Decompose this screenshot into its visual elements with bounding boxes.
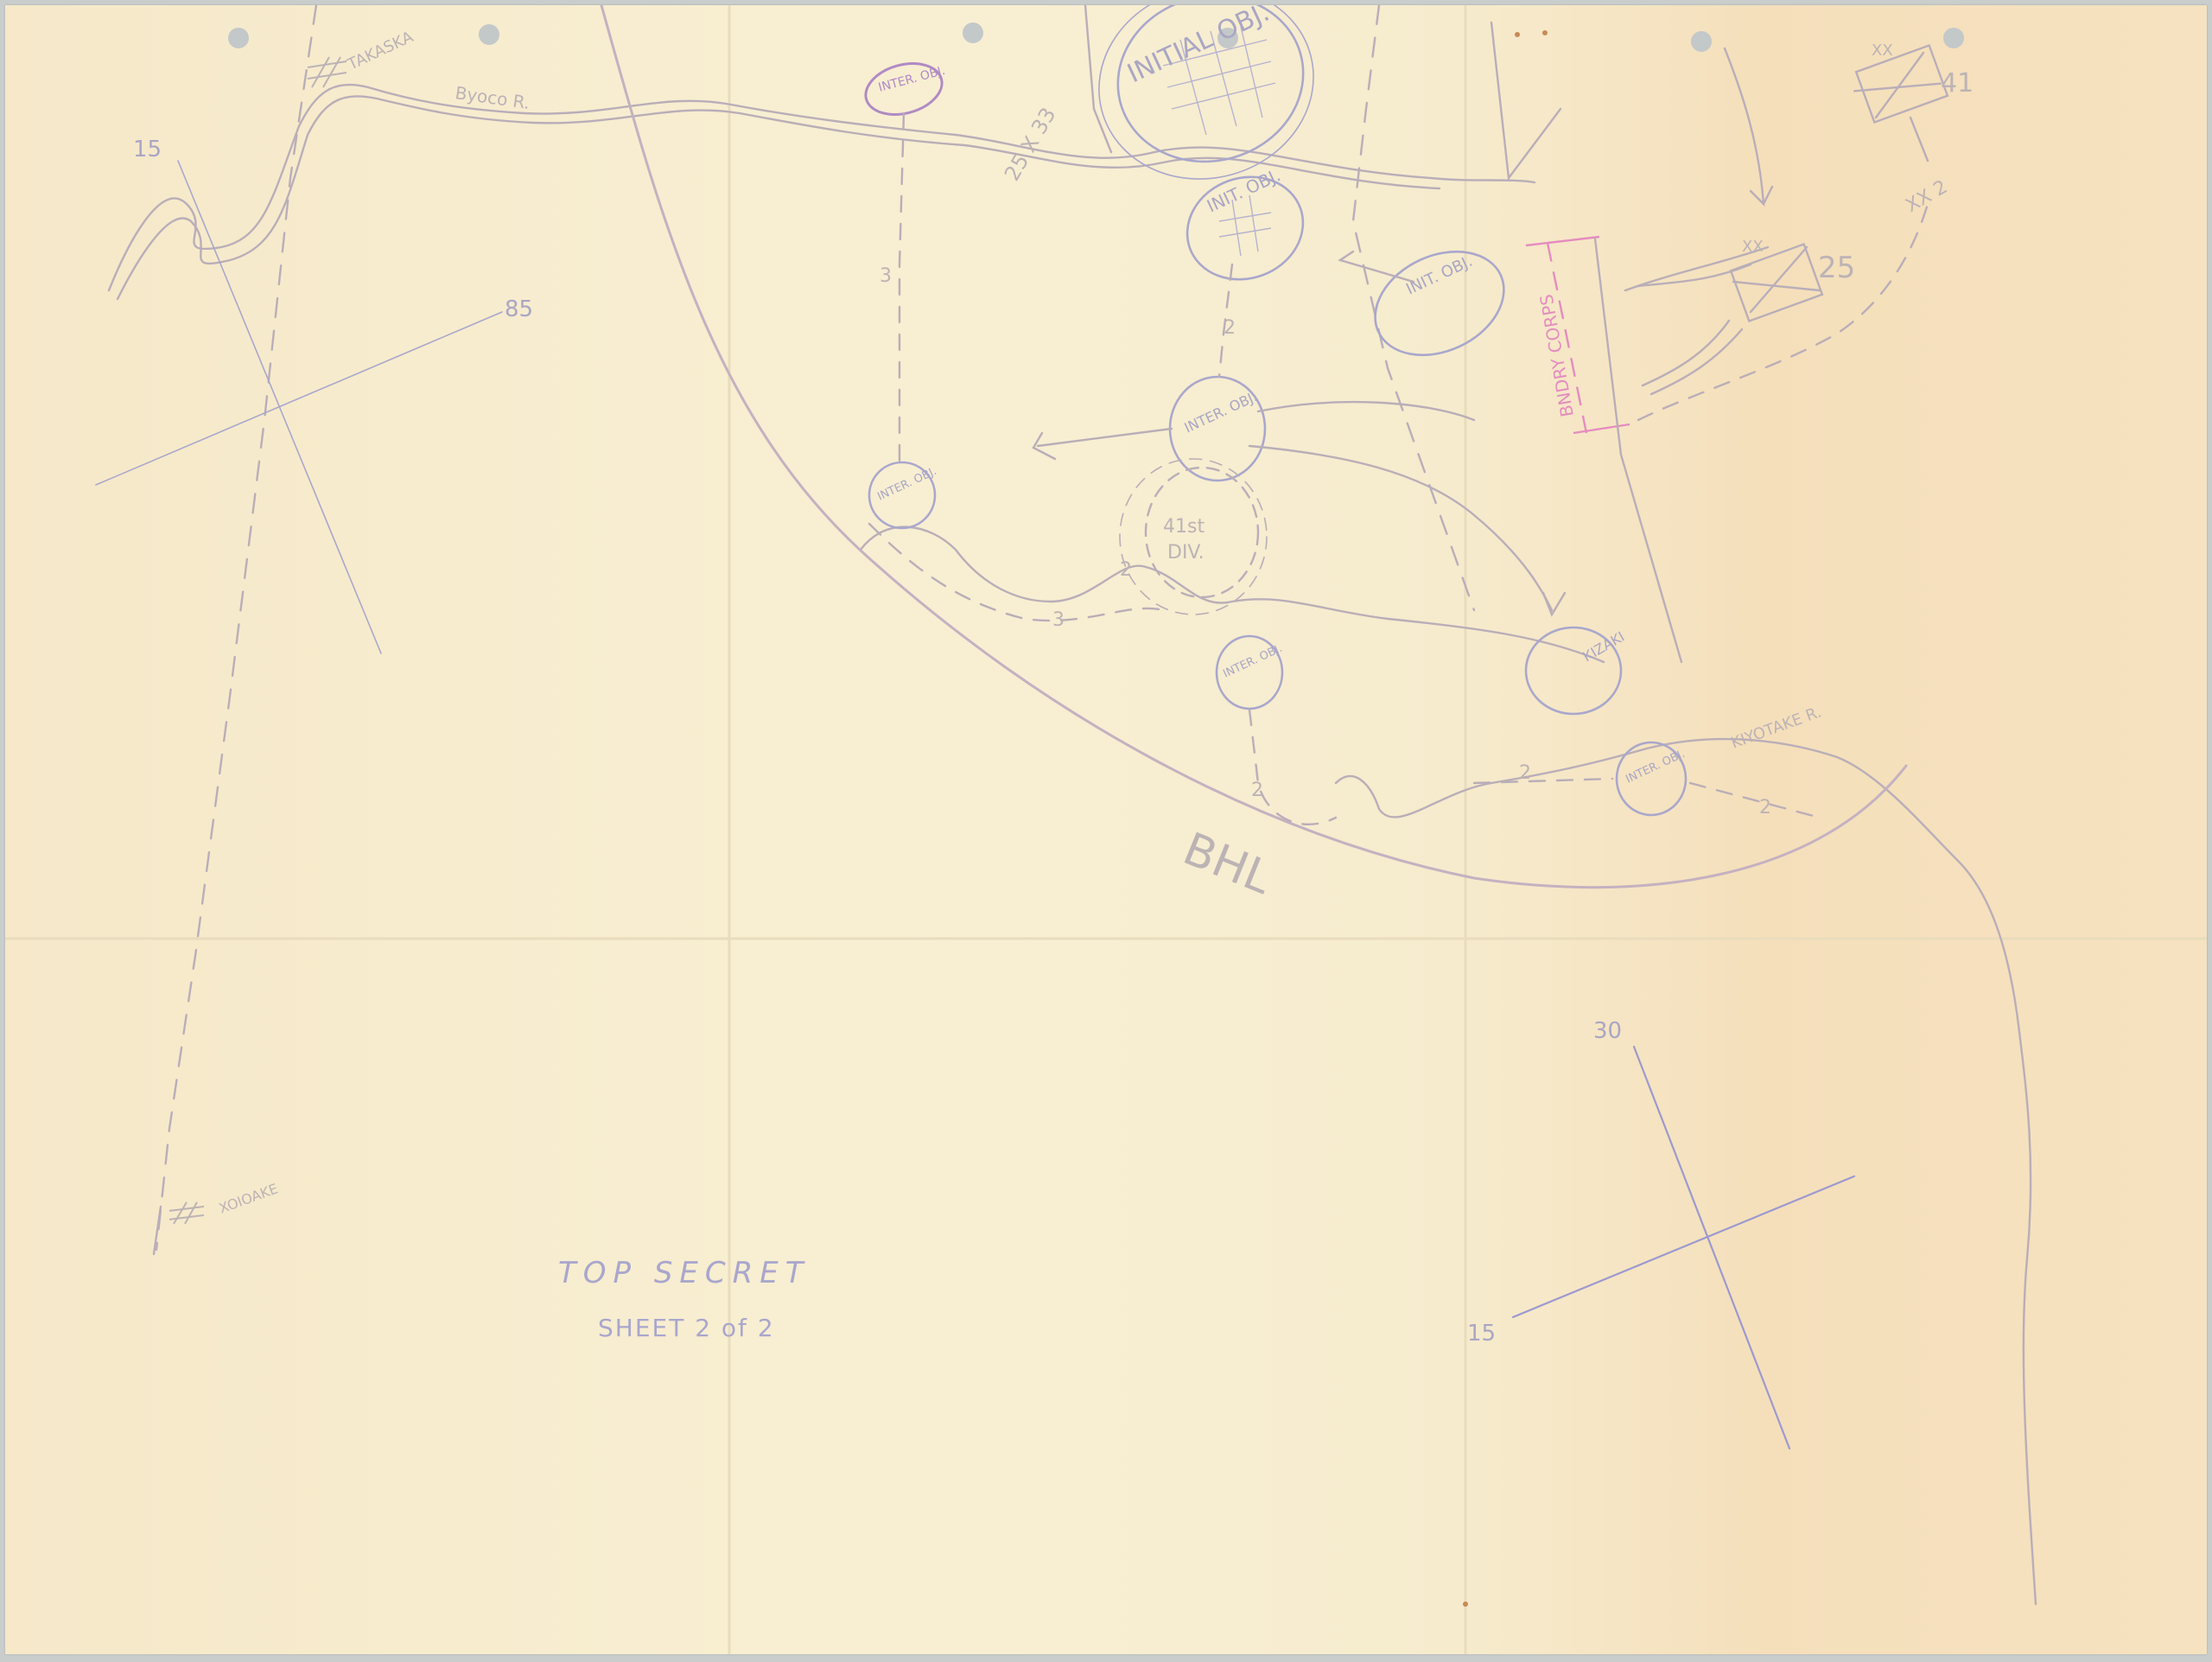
punch-hole-icon: [963, 22, 983, 43]
bhl-label: BHL: [1176, 823, 1279, 905]
kiyotake-river-label: KIYOTAKE R.: [1729, 703, 1824, 752]
sheet-label-text: SHEET 2 of 2: [598, 1314, 775, 1342]
route-line: [1085, 5, 1111, 152]
grid-reference-left: 15 85: [96, 137, 533, 653]
rust-spot: [1463, 1602, 1468, 1607]
grid-label-15-right: 15: [1467, 1321, 1496, 1347]
routes-dashed: 3 3 2 2 2 2 2 25 X 33: [869, 104, 1928, 825]
classification-block: TOP SECRET SHEET 2 of 2: [558, 1256, 810, 1342]
unit-symbol-41st-division: XX 41 XX 2: [1854, 41, 1974, 217]
grid-label-30: 30: [1593, 1018, 1622, 1044]
initial-obj-label: INITIAL OBJ.: [1123, 5, 1274, 89]
takaska-town: TAKASKA: [308, 28, 416, 87]
attack-arrows: [1033, 48, 1772, 614]
route-line: [1491, 22, 1560, 178]
inter-obj-label: INTER. OBJ.: [1182, 388, 1260, 436]
bhl-line: BHL: [601, 5, 1906, 905]
map-sheet: BHL 15 85 30 15 INITIAL OBJ.: [5, 5, 2207, 1654]
punch-hole-icon: [479, 24, 499, 45]
route-2-label: 2: [1251, 780, 1263, 801]
grid-reference-right: 30 15: [1467, 1018, 1854, 1449]
inter-obj-label: INTER. OBJ.: [1221, 642, 1284, 681]
41st-division-area: 41st DIV.: [1120, 459, 1267, 614]
takaska-label: TAKASKA: [344, 28, 416, 74]
route-2-label: 2: [1519, 762, 1531, 784]
fold-lines: [5, 5, 2207, 1654]
corps-boundary-label: BNDRY CORPS: [1535, 293, 1578, 419]
punch-hole-icon: [1943, 28, 1964, 48]
inter-objective-left: INTER. OBJ.: [869, 462, 938, 528]
punch-holes: [228, 22, 1964, 52]
init-objective-right: INIT. OBJ.: [1358, 232, 1521, 375]
inter-objective-kizaki: KIZAKI: [1526, 627, 1627, 714]
route-2-label: 2: [1224, 317, 1236, 339]
overlay-drawing: BHL 15 85 30 15 INITIAL OBJ.: [5, 5, 2207, 1654]
41st-label: 41st: [1163, 516, 1205, 538]
unit-symbol-25th-division: XX 25: [1731, 238, 1855, 322]
arrow-head-icon: [1543, 593, 1565, 614]
corps-boundary-left: [156, 5, 316, 1250]
punch-hole-icon: [228, 28, 249, 48]
rust-spot: [1542, 30, 1548, 35]
route-2-label: 2: [1759, 797, 1771, 818]
top-secret-stamp: TOP SECRET: [558, 1256, 810, 1290]
unit-size-xx: XX: [1742, 238, 1764, 256]
route-dashed: [1353, 5, 1474, 610]
div-label: DIV.: [1167, 542, 1205, 564]
unit-size-xx: XX: [1872, 41, 1893, 60]
grid-label-15: 15: [133, 137, 162, 162]
xoioake-town: XOIOAKE: [169, 1181, 280, 1224]
route-3-label: 3: [1052, 609, 1065, 631]
unit-41-label: 41: [1941, 68, 1974, 99]
punch-hole-icon: [1691, 31, 1712, 52]
xoioake-label: XOIOAKE: [217, 1181, 280, 1217]
sheet-label: SHEET 2 of 2: [598, 1314, 775, 1342]
boundary-xx2-label: XX 2: [1903, 176, 1952, 217]
river-byoco: [109, 85, 1535, 299]
route-3-label: 3: [880, 265, 892, 287]
arrow-head-icon: [1340, 252, 1414, 282]
rust-spot: [1515, 32, 1520, 37]
init-obj-label: INIT. OBJ.: [1204, 164, 1284, 216]
grid-label-85: 85: [505, 296, 533, 322]
inter-objective-right: INTER. OBJ.: [1617, 742, 1687, 815]
route-2-label: 2: [1120, 559, 1132, 581]
arrow-south: [1725, 48, 1772, 204]
inter-objective-center: INTER. OBJ.: [1170, 377, 1265, 481]
initial-objective: INITIAL OBJ.: [1077, 5, 1335, 203]
unit-25-label: 25: [1818, 251, 1855, 285]
init-objective: INIT. OBJ.: [1173, 161, 1317, 296]
inter-obj-label: INTER. OBJ.: [875, 465, 938, 504]
boundary-line: [1595, 239, 1681, 662]
inter-objective-lower: INTER. OBJ.: [1217, 636, 1284, 709]
arrow-west: [1038, 429, 1172, 446]
